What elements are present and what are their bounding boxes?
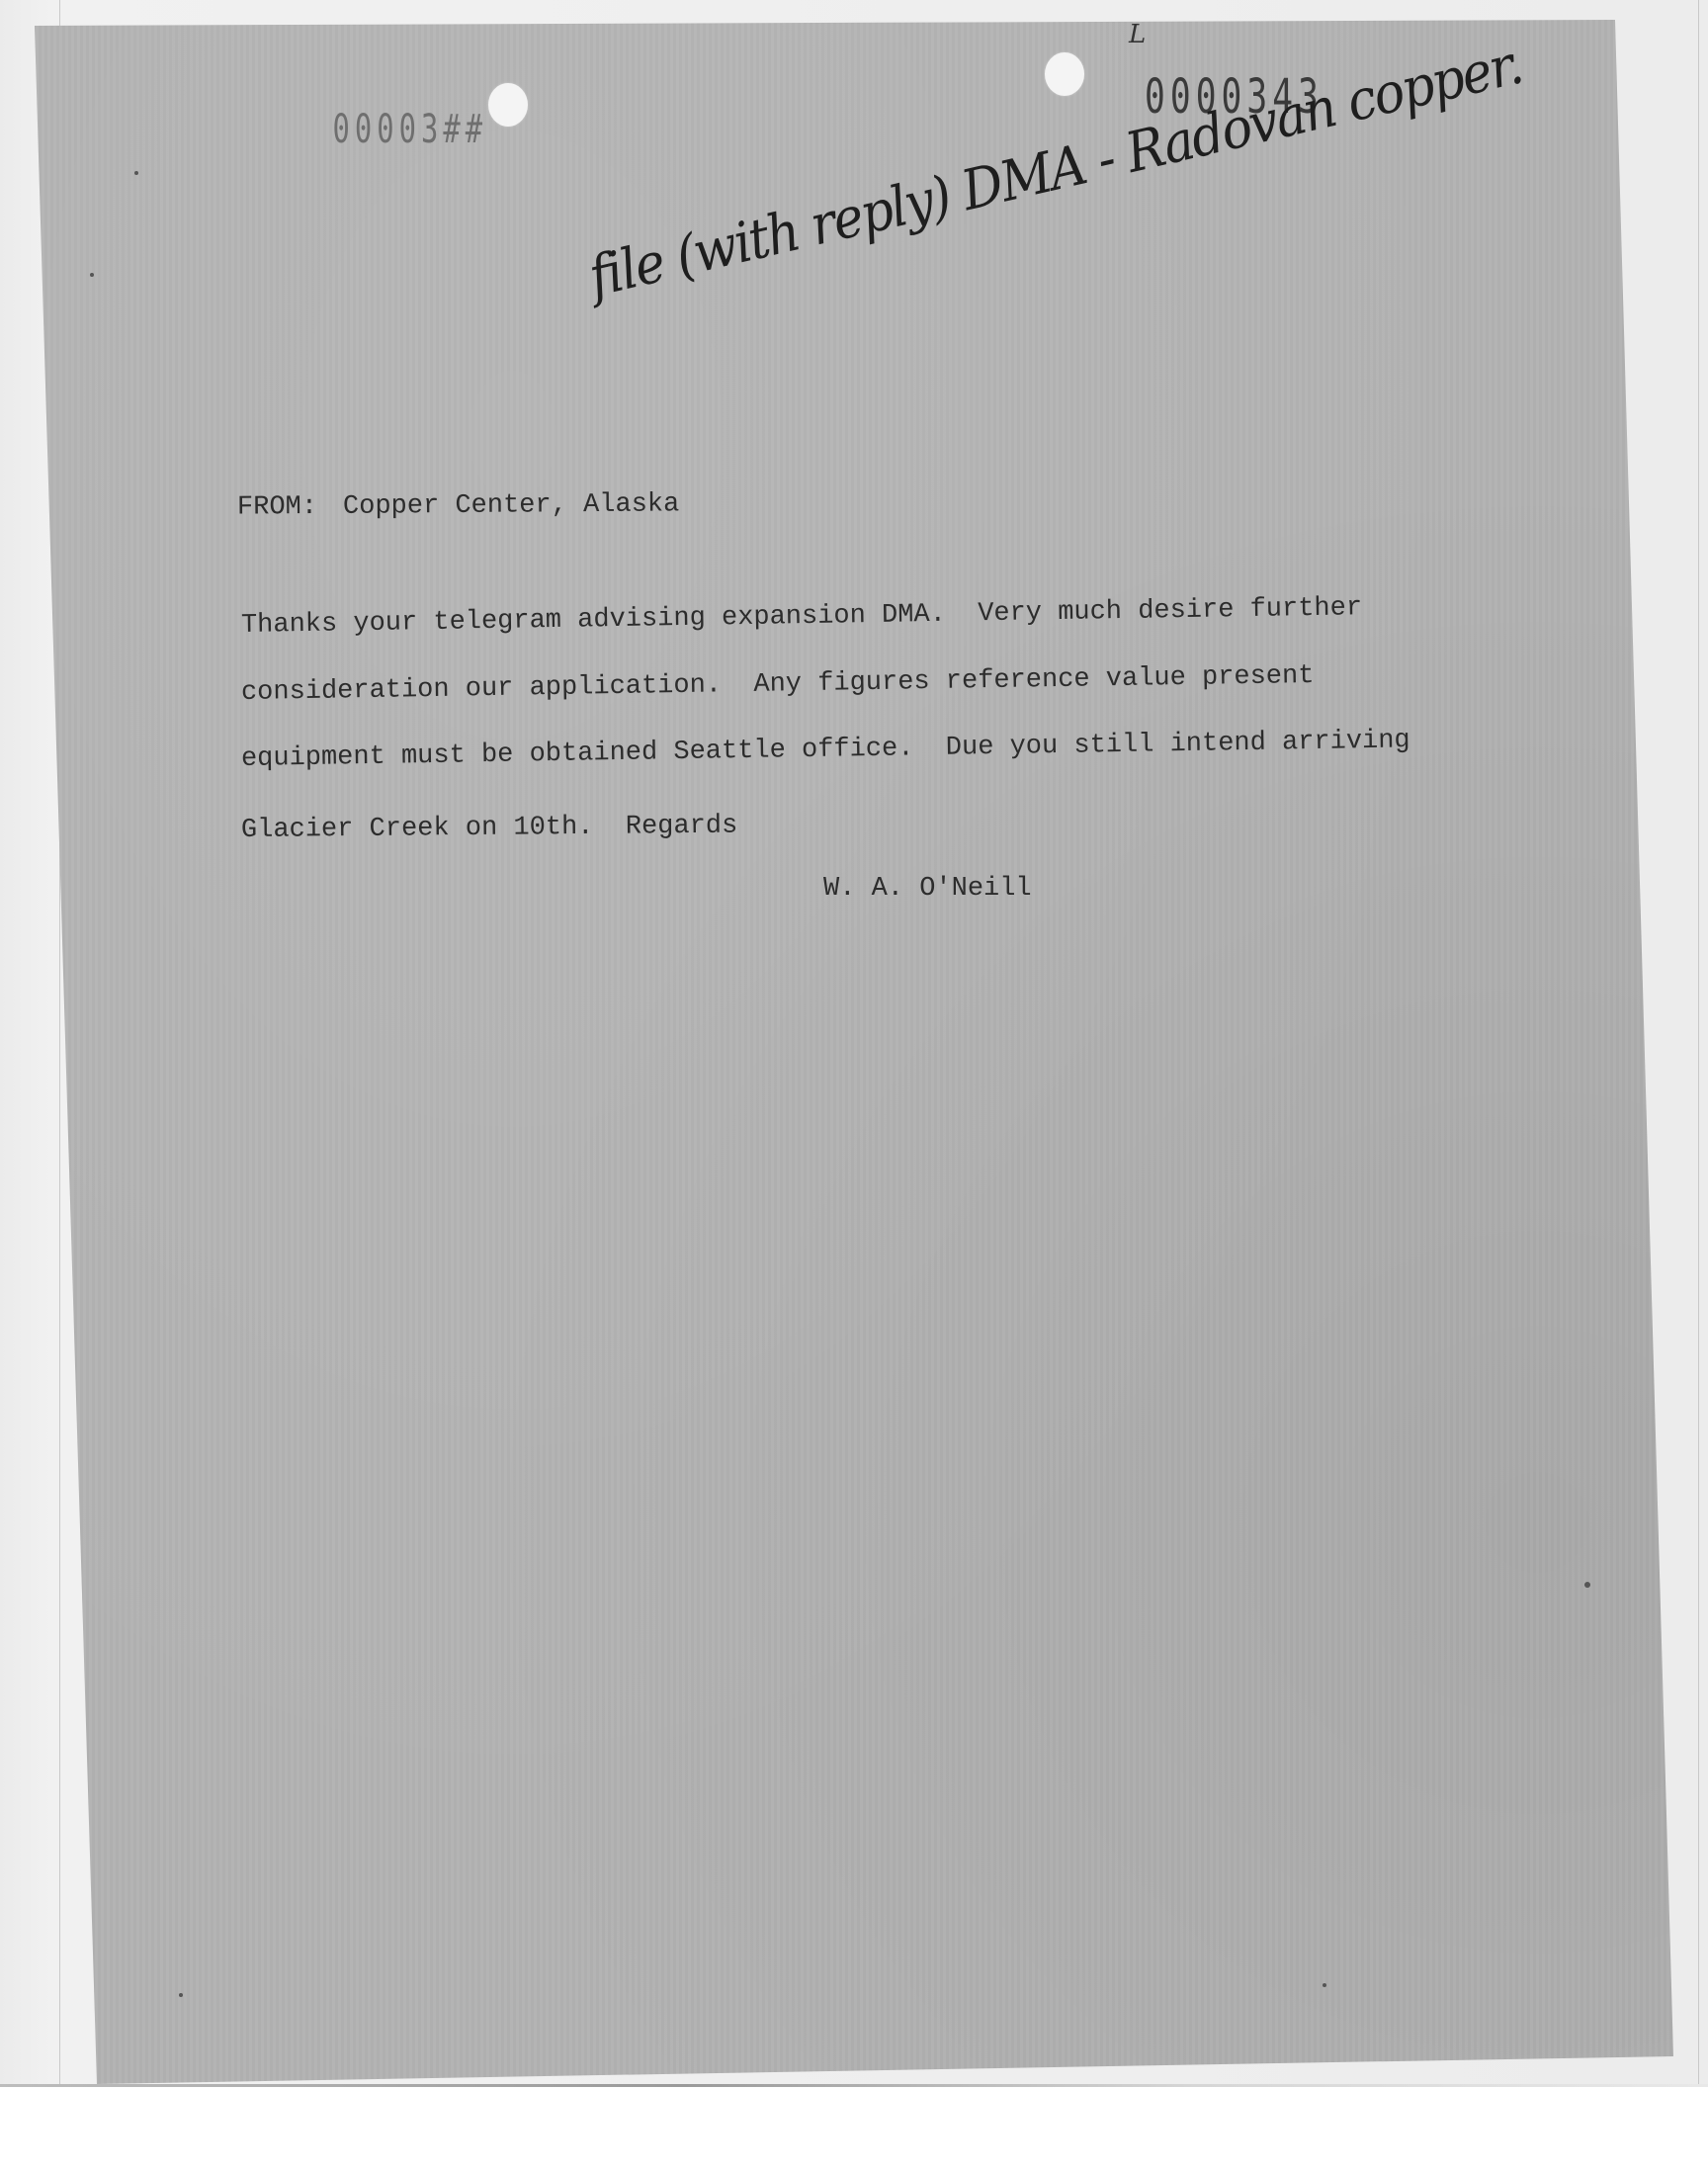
- from-line: FROM:Copper Center, Alaska: [237, 489, 679, 522]
- paper-speck: [179, 1993, 183, 1997]
- scanner-edge-line: [1698, 0, 1699, 2086]
- from-value: Copper Center, Alaska: [343, 489, 679, 521]
- paper-speck: [1323, 1983, 1326, 1987]
- paper-texture: [0, 0, 1708, 2175]
- paper-speck: [134, 171, 138, 175]
- hole-punch-right: [1045, 52, 1084, 96]
- from-label: FROM:: [237, 492, 317, 523]
- faded-reverse-stamp: 00003##: [332, 107, 487, 152]
- scanner-bottom-edge: [0, 2084, 1708, 2087]
- body-line-4: Glacier Creek on 10th. Regards: [241, 812, 738, 845]
- hole-punch-left: [488, 83, 528, 127]
- signature: W. A. O'Neill: [823, 874, 1032, 904]
- paper-speck: [1584, 1582, 1590, 1588]
- corner-handwritten-mark: L: [1129, 20, 1146, 49]
- paper-speck: [90, 273, 94, 277]
